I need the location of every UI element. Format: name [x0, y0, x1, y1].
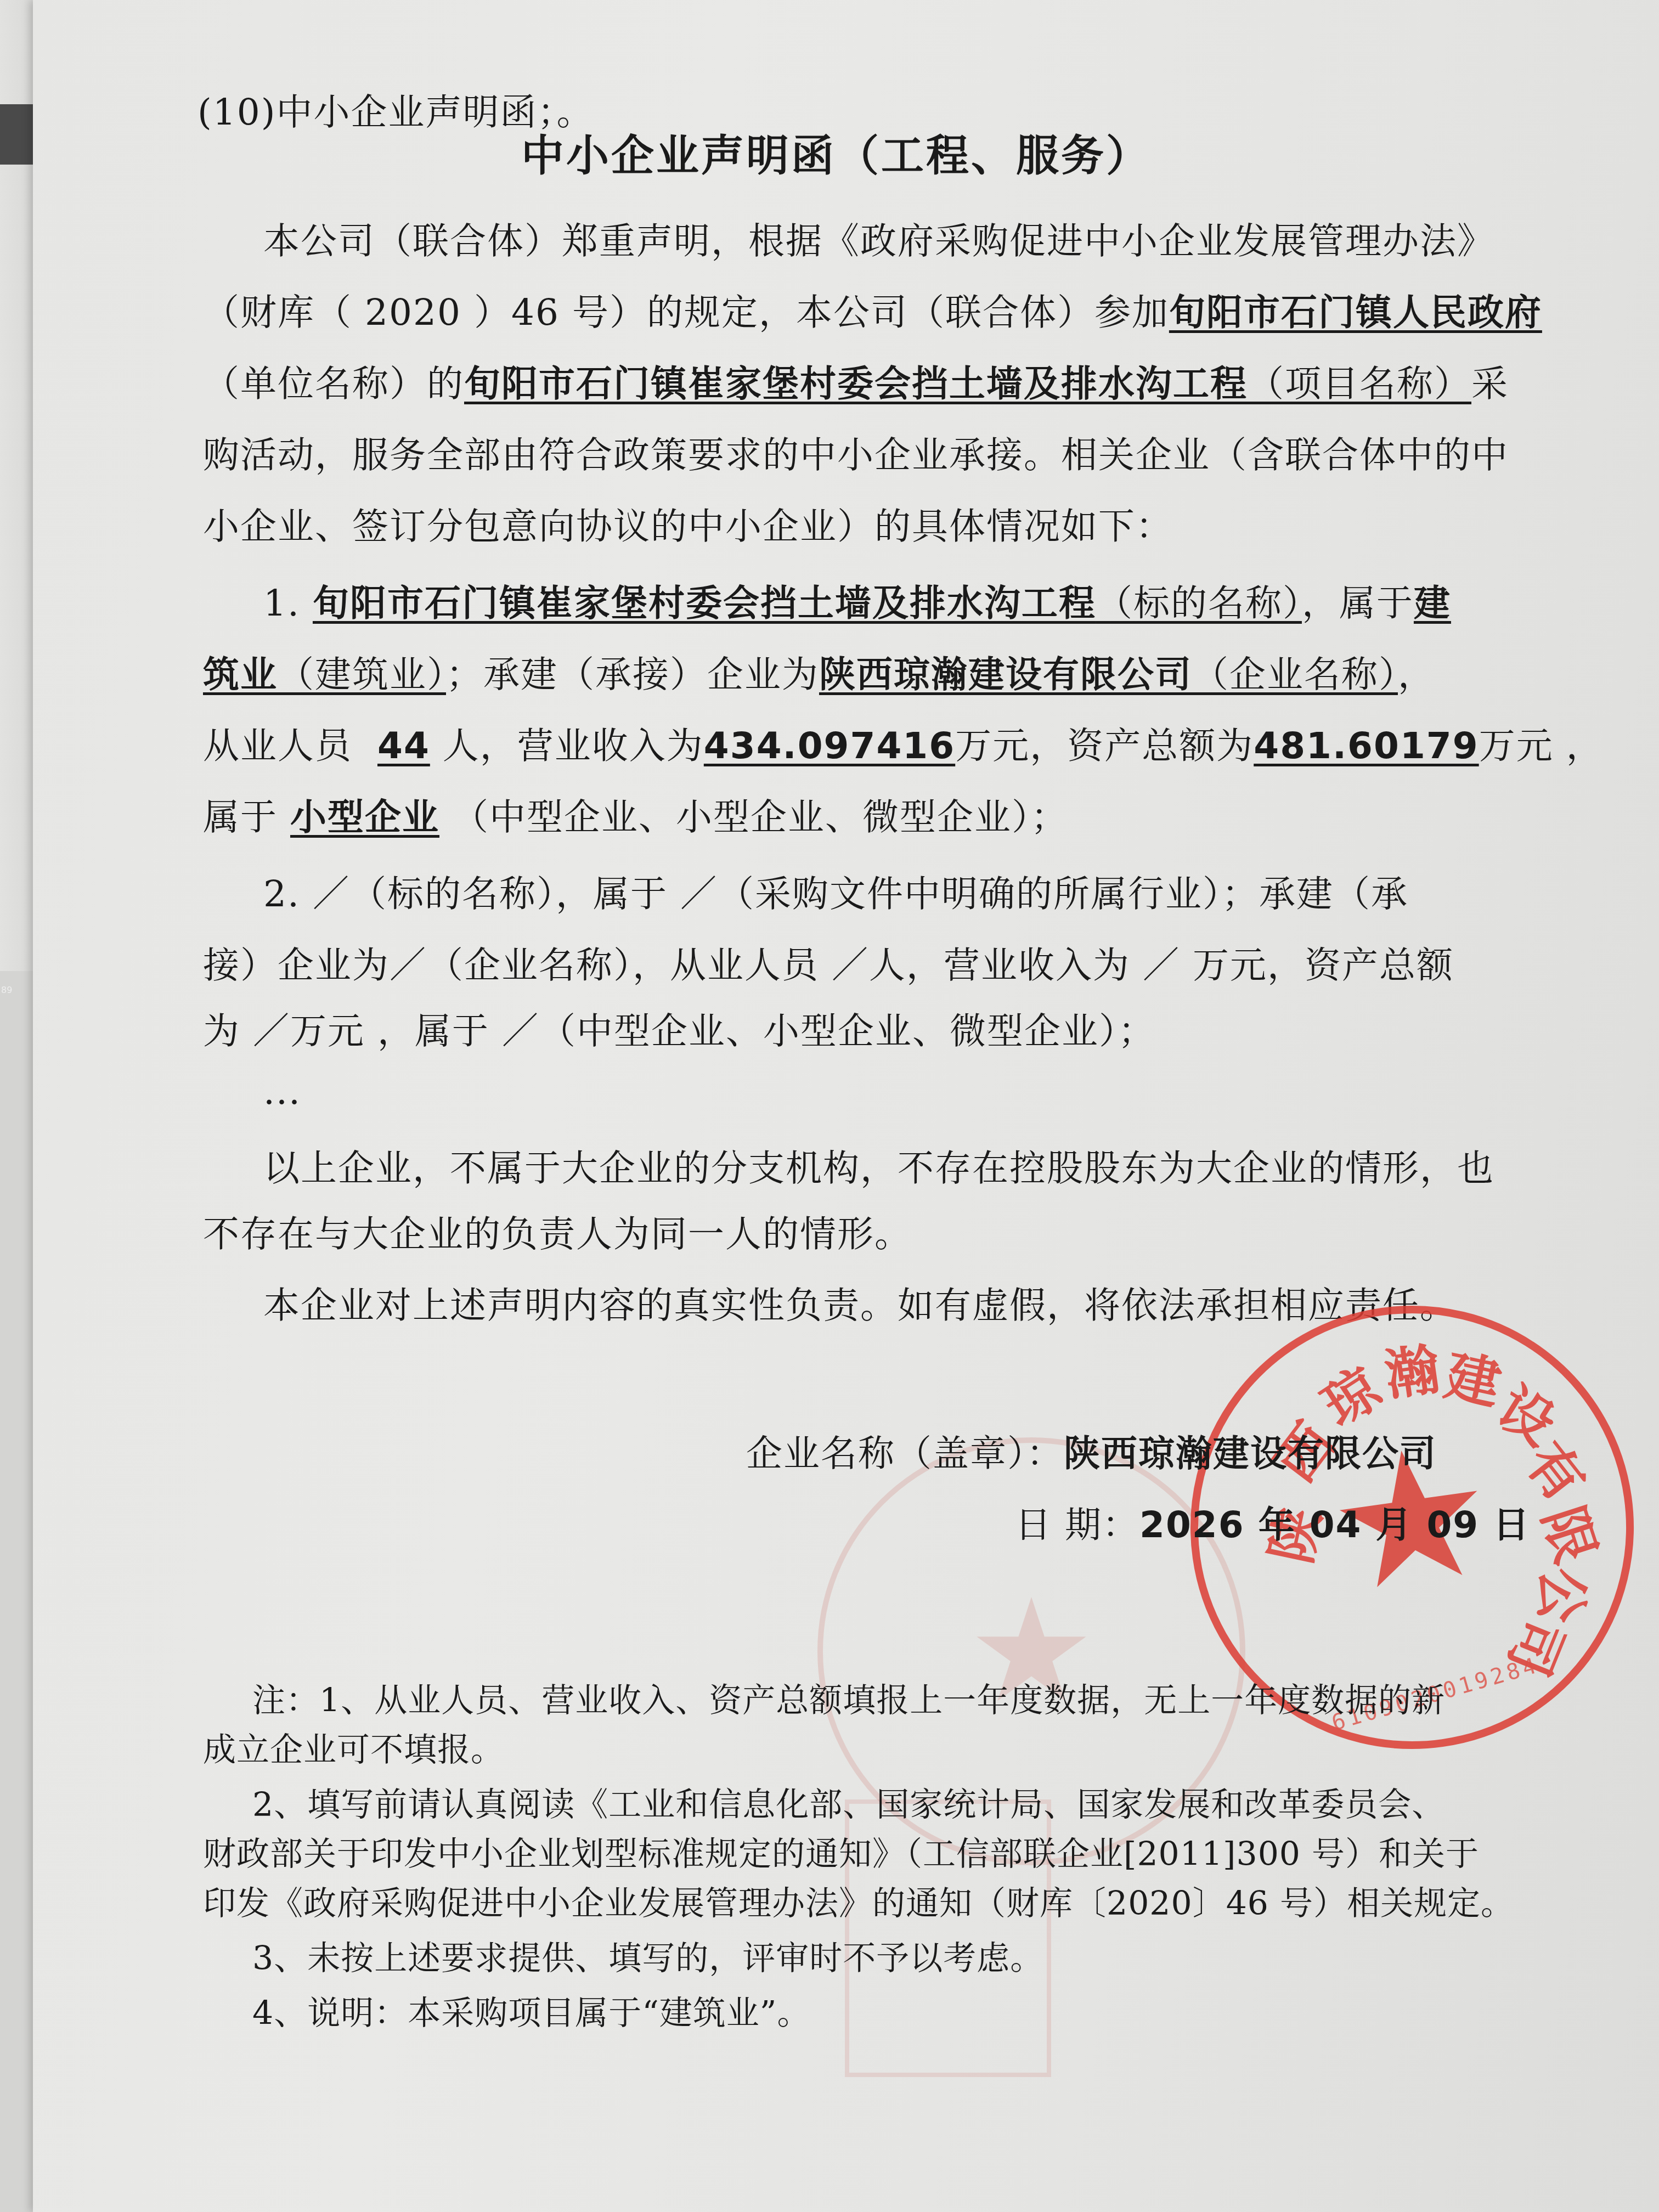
purchaser-name: 旬阳市石门镇人民政府 [1169, 291, 1542, 334]
statement-line-1: 以上企业，不属于大企业的分支机构，不存在控股股东为大企业的情形，也 [263, 1147, 1494, 1190]
subject-suffix: （标的名称） [1096, 582, 1302, 624]
industry: 筑业 [203, 653, 278, 696]
employees-label: 从业人员 [203, 725, 352, 767]
intro-text: 采 [1471, 363, 1509, 405]
company-suffix: （企业名称） [1192, 653, 1398, 696]
item1-line-2: 筑业（建筑业）；承建（承接）企业为陕西琼瀚建设有限公司（企业名称）， [203, 653, 1435, 697]
note-1-line-2: 成立企业可不填报。 [203, 1728, 504, 1772]
project-suffix: （项目名称） [1248, 363, 1471, 405]
page-edge [0, 971, 36, 2212]
company-label: 企业名称（盖章）： [746, 1432, 1064, 1475]
project-name: 旬阳市石门镇崔家堡村委会挡土墙及排水沟工程 [464, 363, 1248, 405]
intro-line-3: （单位名称）的旬阳市石门镇崔家堡村委会挡土墙及排水沟工程（项目名称）采 [203, 362, 1509, 406]
note-3: 3、未按上述要求提供、填写的，评审时不予以考虑。 [252, 1937, 1043, 1980]
industry-suffix: （建筑业） [278, 653, 446, 696]
note-2-line-1: 2、填写前请认真阅读《工业和信息化部、国家统计局、国家发展和改革委员会、 [252, 1783, 1445, 1827]
intro-line-1: 本公司（联合体）郑重声明，根据《政府采购促进中小企业发展管理办法》 [263, 219, 1494, 263]
dark-band [0, 104, 36, 165]
item2-line-3: 为 ／万元 ，属于 ／（中型企业、小型企业、微型企业）； [203, 1009, 1155, 1053]
page-title: 中小企业声明函（工程、服务） [521, 134, 1151, 178]
intro-line-2: （财库（ 2020 ）46 号）的规定，本公司（联合体）参加旬阳市石门镇人民政府 [203, 291, 1542, 335]
intro-text: （单位名称）的 [203, 363, 464, 405]
item1-line-4: 属于 小型企业 （中型企业、小型企业、微型企业）； [203, 795, 1068, 839]
intro-line-4: 购活动，服务全部由符合政策要求的中小企业承接。相关企业（含联合体中的中 [203, 433, 1509, 477]
industry: 建 [1414, 582, 1451, 624]
note-2-line-3: 印发《政府采购促进中小企业发展管理办法》的通知（财库〔2020〕46 号）相关规… [203, 1882, 1514, 1926]
revenue-value: 434.097416 [704, 725, 955, 767]
signature-company: 陕西琼瀚建设有限公司 [1064, 1432, 1437, 1475]
item-text: ；承建（承接）企业为 [446, 653, 819, 696]
enterprise-size: 小型企业 [290, 796, 439, 838]
assets-value: 481.60179 [1254, 725, 1479, 767]
company-name: 陕西琼瀚建设有限公司 [819, 653, 1192, 696]
item-text: 万元 ， [1479, 725, 1604, 767]
responsibility-statement: 本企业对上述声明内容的真实性负责。如有虚假，将依法承担相应责任。 [263, 1284, 1457, 1328]
note-4: 4、说明：本采购项目属于“建筑业”。 [252, 1991, 811, 2035]
date-label: 日 期： [1015, 1504, 1139, 1546]
subject-name: 旬阳市石门镇崔家堡村委会挡土墙及排水沟工程 [313, 582, 1096, 624]
item-text: ，属于 [1302, 582, 1414, 624]
item2-line-1: 2. ／（标的名称），属于 ／（采购文件中明确的所属行业）；承建（承 [263, 872, 1408, 916]
intro-text: （财库（ 2020 ）46 号）的规定，本公司（联合体）参加 [203, 291, 1169, 334]
section-heading: (10)中小企业声明函；。 [198, 91, 594, 134]
size-label: 属于 [203, 796, 278, 838]
statement-line-2: 不存在与大企业的负责人为同一人的情形。 [203, 1212, 912, 1256]
ellipsis: ... [263, 1070, 301, 1114]
intro-line-5: 小企业、签订分包意向协议的中小企业）的具体情况如下： [203, 505, 1173, 549]
item-number: 1. [263, 582, 300, 624]
signature-date: 2026 年 04 月 09 日 [1139, 1504, 1530, 1546]
signature-date-line: 日 期：2026 年 04 月 09 日 [1015, 1503, 1530, 1547]
employees-value: 44 [377, 725, 430, 767]
item2-line-2: 接）企业为／（企业名称），从业人员 ／人，营业收入为 ／ 万元，资产总额 [203, 944, 1454, 988]
item1-line-1: 1. 旬阳市石门镇崔家堡村委会挡土墙及排水沟工程（标的名称），属于建 [263, 582, 1451, 625]
document-page: ★ (10)中小企业声明函；。 中小企业声明函（工程、服务） 本公司（联合体）郑… [33, 0, 1659, 2212]
signature-company-line: 企业名称（盖章）：陕西琼瀚建设有限公司 [746, 1432, 1437, 1476]
item-text: ， [1398, 653, 1435, 696]
edge-page-number: 89 [1, 985, 12, 995]
note-2-line-2: 财政部关于印发中小企业划型标准规定的通知》（工信部联企业[2011]300 号）… [203, 1832, 1479, 1876]
revenue-label: 人，营业收入为 [443, 725, 704, 767]
note-1-line-1: 注：1、从业人员、营业收入、资产总额填报上一年度数据，无上一年度数据的新 [252, 1679, 1445, 1723]
assets-label: 万元，资产总额为 [955, 725, 1254, 767]
size-options: （中型企业、小型企业、微型企业）； [452, 796, 1068, 838]
item1-line-3: 从业人员 44 人，营业收入为434.097416万元，资产总额为481.601… [203, 724, 1604, 768]
